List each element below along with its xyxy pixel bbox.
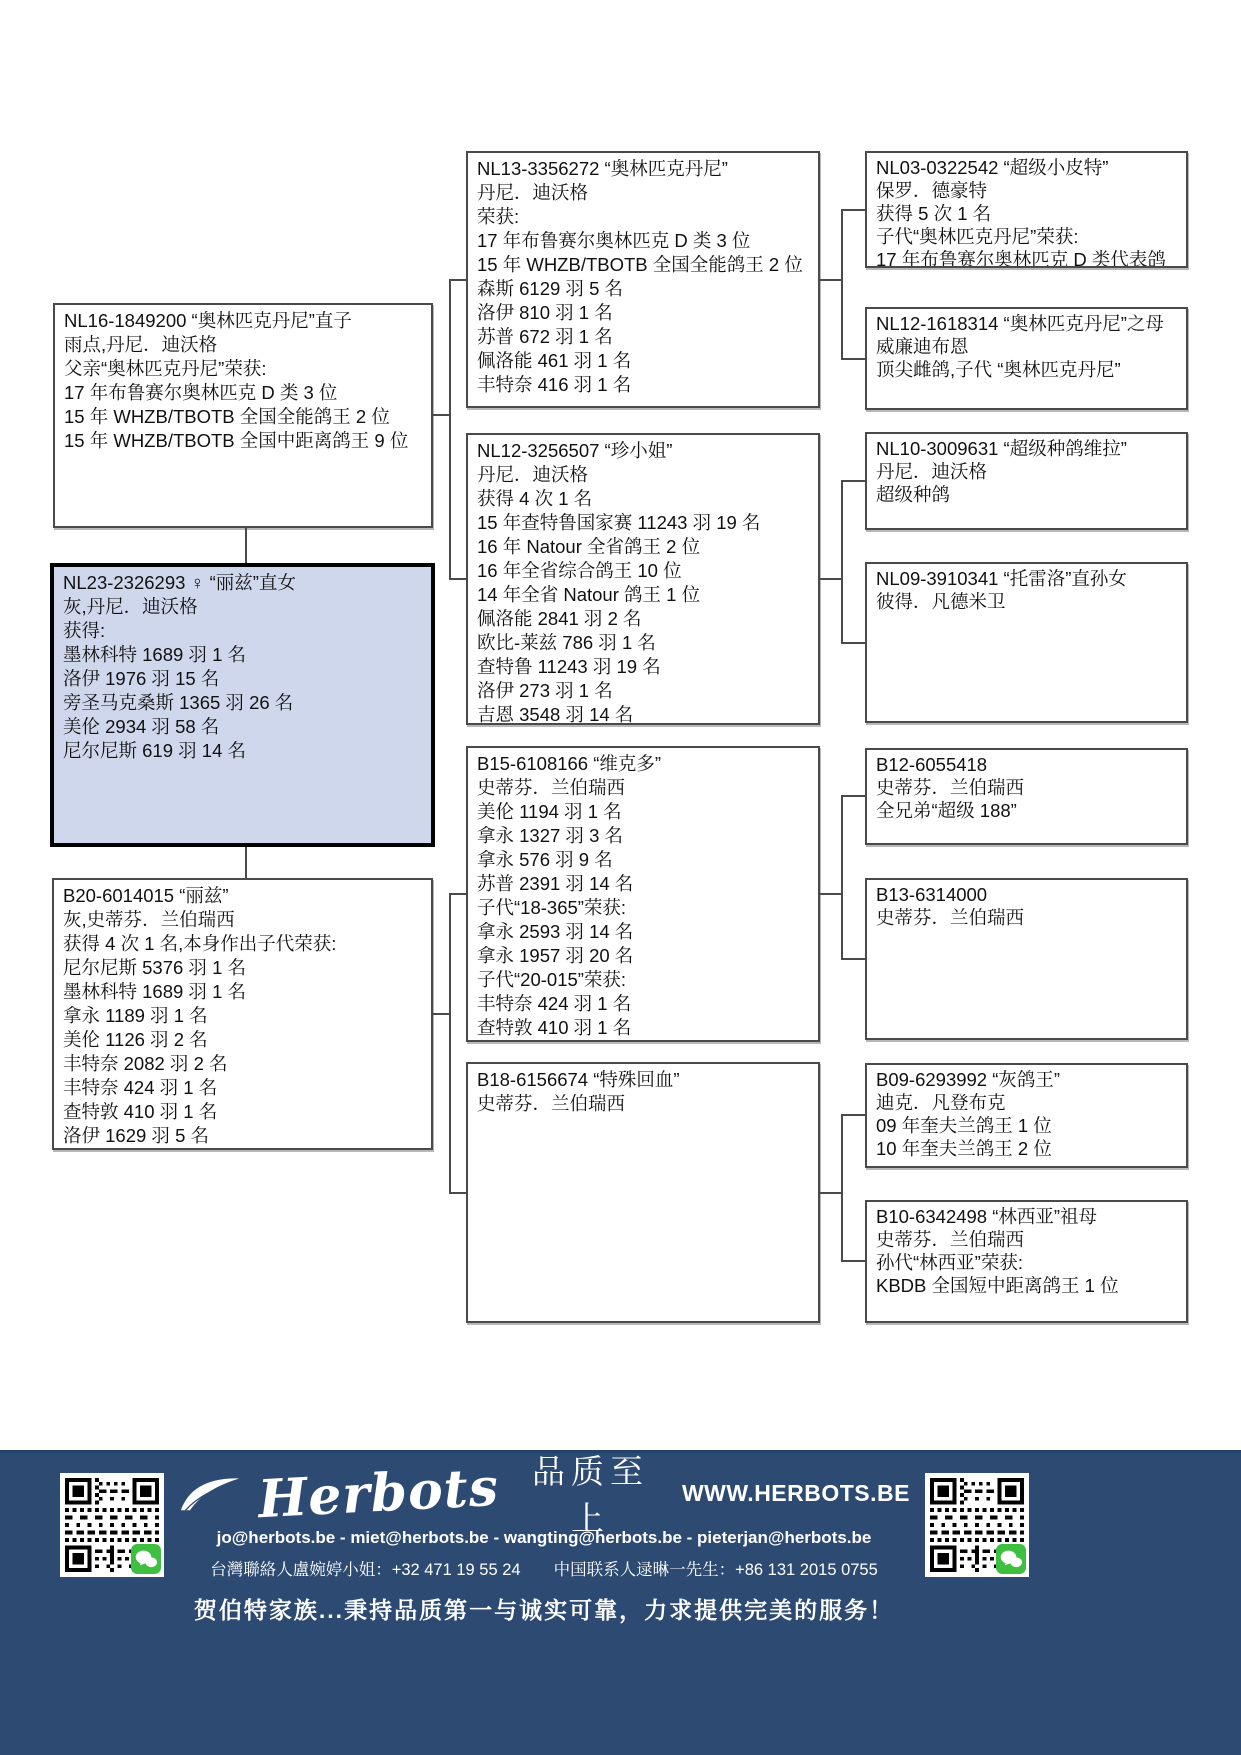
pedigree-line: 美伦 1194 羽 1 名 — [477, 800, 809, 824]
pedigree-line: B13-6314000 — [876, 883, 1177, 906]
pedigree-line: NL13-3356272 “奥林匹克丹尼” — [477, 157, 809, 181]
pedigree-line: 丹尼．迪沃格 — [876, 460, 1177, 483]
pedigree-line: 洛伊 273 羽 1 名 — [477, 679, 809, 703]
connector-line — [449, 893, 466, 895]
contact-phones: 台灣聯絡人盧婉婷小姐：+32 471 19 55 24 中国联系人逯晽一先生：+… — [178, 1556, 910, 1580]
pedigree-line: NL16-1849200 “奥林匹克丹尼”直子 — [64, 309, 422, 333]
connector-line — [841, 1114, 865, 1116]
email-links[interactable]: jo@herbots.be - miet@herbots.be - wangti… — [178, 1528, 910, 1548]
pedigree-box-nl12-3256507: NL12-3256507 “珍小姐”丹尼．迪沃格获得 4 次 1 名15 年查特… — [466, 433, 820, 725]
pedigree-line: 墨林科特 1689 羽 1 名 — [63, 643, 422, 667]
pedigree-line: 灰,丹尼．迪沃格 — [63, 595, 422, 619]
connector-line — [841, 209, 843, 360]
pedigree-line: 父亲“奥林匹克丹尼”荣获: — [64, 357, 422, 381]
qr-code-right-icon — [925, 1473, 1029, 1577]
pedigree-box-nl13: NL13-3356272 “奥林匹克丹尼”丹尼．迪沃格荣获:17 年布鲁赛尔奥林… — [466, 151, 820, 408]
pedigree-line: 子代“奥林匹克丹尼”荣获: — [876, 225, 1177, 248]
pedigree-line: 15 年 WHZB/TBOTB 全国中距离鸽王 9 位 — [64, 429, 422, 453]
pedigree-line: 15 年 WHZB/TBOTB 全国全能鸽王 2 位 — [64, 405, 422, 429]
pedigree-line: B20-6014015 “丽兹” — [63, 884, 422, 908]
pedigree-line: 佩洛能 461 羽 1 名 — [477, 349, 809, 373]
pedigree-line: 17 年布鲁赛尔奥林匹克 D 类 3 位 — [64, 381, 422, 405]
pedigree-line: 彼得．凡德米卫 — [876, 590, 1177, 613]
pedigree-line: 查特鲁 11243 羽 19 名 — [477, 655, 809, 679]
pedigree-line: 17 年布鲁赛尔奥林匹克 D 类代表鸽 — [876, 248, 1177, 268]
pedigree-box-b10: B10-6342498 “林西亚”祖母史蒂芬．兰伯瑞西孙代“林西亚”荣获:KBD… — [865, 1200, 1188, 1323]
pedigree-box-nl12-1618314: NL12-1618314 “奥林匹克丹尼”之母威廉迪布恩顶尖雌鸽,子代 “奥林匹… — [865, 307, 1188, 410]
pedigree-line: 尼尔尼斯 619 羽 14 名 — [63, 739, 422, 763]
pedigree-box-nl03: NL03-0322542 “超级小皮特”保罗．德豪特获得 5 次 1 名子代“奥… — [865, 151, 1188, 268]
pedigree-line: 查特敦 410 羽 1 名 — [477, 1016, 809, 1040]
pedigree-line: KBDB 全国短中距离鸽王 1 位 — [876, 1274, 1177, 1297]
pedigree-page: NL16-1849200 “奥林匹克丹尼”直子雨点,丹尼．迪沃格父亲“奥林匹克丹… — [0, 0, 1241, 1755]
connector-line — [449, 1192, 466, 1194]
connector-line — [433, 1013, 450, 1015]
connector-line — [841, 1114, 843, 1262]
pedigree-line: 吉恩 3548 羽 14 名 — [477, 703, 809, 725]
pedigree-line: 查特敦 410 羽 1 名 — [63, 1100, 422, 1124]
connector-line — [245, 847, 247, 878]
pedigree-line: 丹尼．迪沃格 — [477, 463, 809, 487]
wechat-icon — [131, 1544, 161, 1574]
pedigree-line: 获得 5 次 1 名 — [876, 202, 1177, 225]
connector-line — [841, 209, 865, 211]
herbots-logo: Herbots — [257, 1456, 501, 1530]
connector-line — [841, 642, 865, 644]
pedigree-line: NL12-1618314 “奥林匹克丹尼”之母 — [876, 312, 1177, 335]
connector-line — [841, 795, 865, 797]
pedigree-line: 荣获: — [477, 205, 809, 229]
pedigree-line: 获得: — [63, 619, 422, 643]
footer-slogan: 贺伯特家族...秉持品质第一与诚实可靠，力求提供完美的服务！ — [178, 1592, 910, 1625]
pedigree-line: 16 年 Natour 全省鸽王 2 位 — [477, 535, 809, 559]
connector-line — [245, 528, 247, 563]
pedigree-line: 14 年全省 Natour 鸽王 1 位 — [477, 583, 809, 607]
pedigree-line: 森斯 6129 羽 5 名 — [477, 277, 809, 301]
pedigree-box-nl09: NL09-3910341 “托雷洛”直孙女彼得．凡德米卫 — [865, 562, 1188, 723]
pedigree-line: 子代“18-365”荣获: — [477, 896, 809, 920]
connector-line — [841, 480, 865, 482]
pedigree-line: 16 年全省综合鸽王 10 位 — [477, 559, 809, 583]
pedigree-line: 获得 4 次 1 名 — [477, 487, 809, 511]
connector-line — [841, 958, 865, 960]
pedigree-line: 欧比-莱兹 786 羽 1 名 — [477, 631, 809, 655]
pedigree-line: 拿永 2593 羽 14 名 — [477, 920, 809, 944]
pedigree-line: 苏普 2391 羽 14 名 — [477, 872, 809, 896]
pedigree-line: 全兄弟“超级 188” — [876, 799, 1177, 822]
feather-icon — [178, 1473, 242, 1513]
pedigree-line: 尼尔尼斯 5376 羽 1 名 — [63, 956, 422, 980]
pedigree-line: 丰特奈 424 羽 1 名 — [477, 992, 809, 1016]
pedigree-line: B15-6108166 “维克多” — [477, 752, 809, 776]
pedigree-line: 灰,史蒂芬．兰伯瑞西 — [63, 908, 422, 932]
connector-line — [449, 893, 451, 1194]
footer: Herbots 品质至上 WWW.HERBOTS.BE jo@herbots.b… — [0, 1450, 1241, 1755]
pedigree-line: 17 年布鲁赛尔奥林匹克 D 类 3 位 — [477, 229, 809, 253]
pedigree-line: 保罗．德豪特 — [876, 179, 1177, 202]
pedigree-line: 史蒂芬．兰伯瑞西 — [876, 776, 1177, 799]
connector-line — [841, 795, 843, 960]
pedigree-line: 09 年奎夫兰鸽王 1 位 — [876, 1114, 1177, 1137]
pedigree-box-b15: B15-6108166 “维克多”史蒂芬．兰伯瑞西美伦 1194 羽 1 名拿永… — [466, 746, 820, 1042]
pedigree-line: 拿永 576 羽 9 名 — [477, 848, 809, 872]
pedigree-line: 子代“20-015”荣获: — [477, 968, 809, 992]
pedigree-line: 洛伊 1629 羽 5 名 — [63, 1124, 422, 1148]
connector-line — [820, 279, 843, 281]
pedigree-line: NL23-2326293 ♀ “丽兹”直女 — [63, 571, 422, 595]
connector-line — [841, 1260, 865, 1262]
pedigree-line: NL03-0322542 “超级小皮特” — [876, 156, 1177, 179]
pedigree-line: B10-6342498 “林西亚”祖母 — [876, 1205, 1177, 1228]
pedigree-line: 苏普 672 羽 1 名 — [477, 325, 809, 349]
pedigree-line: 美伦 1126 羽 2 名 — [63, 1028, 422, 1052]
pedigree-line: 孙代“林西亚”荣获: — [876, 1251, 1177, 1274]
connector-line — [449, 279, 451, 580]
connector-line — [449, 578, 466, 580]
pedigree-line: 史蒂芬．兰伯瑞西 — [477, 1092, 809, 1116]
brand-row: Herbots 品质至上 WWW.HERBOTS.BE — [178, 1461, 910, 1525]
connector-line — [433, 414, 450, 416]
pedigree-line: B18-6156674 “特殊回血” — [477, 1068, 809, 1092]
pedigree-line: 丰特奈 416 羽 1 名 — [477, 373, 809, 397]
pedigree-box-b13: B13-6314000史蒂芬．兰伯瑞西 — [865, 878, 1188, 1040]
pedigree-line: NL10-3009631 “超级种鸽维拉” — [876, 437, 1177, 460]
pedigree-line: 墨林科特 1689 羽 1 名 — [63, 980, 422, 1004]
pedigree-box-b09: B09-6293992 “灰鸽王”迪克．凡登布克09 年奎夫兰鸽王 1 位10 … — [865, 1063, 1188, 1168]
pedigree-line: 威廉迪布恩 — [876, 335, 1177, 358]
pedigree-line: 迪克．凡登布克 — [876, 1091, 1177, 1114]
brand-chinese-motto: 品质至上 — [515, 1446, 666, 1540]
pedigree-line: 拿永 1189 羽 1 名 — [63, 1004, 422, 1028]
website-link[interactable]: WWW.HERBOTS.BE — [682, 1480, 910, 1507]
pedigree-line: 丹尼．迪沃格 — [477, 181, 809, 205]
pedigree-line: NL12-3256507 “珍小姐” — [477, 439, 809, 463]
footer-center: Herbots 品质至上 WWW.HERBOTS.BE jo@herbots.b… — [178, 1461, 910, 1625]
pedigree-line: 15 年查特鲁国家赛 11243 羽 19 名 — [477, 511, 809, 535]
pedigree-line: 顶尖雌鸽,子代 “奥林匹克丹尼” — [876, 358, 1177, 381]
pedigree-line: 丰特奈 2082 羽 2 名 — [63, 1052, 422, 1076]
connector-line — [820, 1192, 843, 1194]
pedigree-line: 洛伊 1976 羽 15 名 — [63, 667, 422, 691]
pedigree-line: B12-6055418 — [876, 753, 1177, 776]
pedigree-box-b18: B18-6156674 “特殊回血”史蒂芬．兰伯瑞西 — [466, 1062, 820, 1323]
pedigree-line: 佩洛能 2841 羽 2 名 — [477, 607, 809, 631]
connector-line — [449, 279, 466, 281]
pedigree-line: 史蒂芬．兰伯瑞西 — [876, 1228, 1177, 1251]
pedigree-box-nl16: NL16-1849200 “奥林匹克丹尼”直子雨点,丹尼．迪沃格父亲“奥林匹克丹… — [53, 303, 433, 528]
connector-line — [820, 893, 843, 895]
pedigree-box-b20: B20-6014015 “丽兹”灰,史蒂芬．兰伯瑞西获得 4 次 1 名,本身作… — [52, 878, 433, 1150]
pedigree-line: 拿永 1327 羽 3 名 — [477, 824, 809, 848]
pedigree-line: 旁圣马克桑斯 1365 羽 26 名 — [63, 691, 422, 715]
pedigree-line: 丰特奈 424 羽 1 名 — [63, 1076, 422, 1100]
pedigree-box-nl10: NL10-3009631 “超级种鸽维拉”丹尼．迪沃格超级种鸽 — [865, 432, 1188, 530]
pedigree-line: 10 年奎夫兰鸽王 2 位 — [876, 1137, 1177, 1160]
pedigree-line: 洛伊 810 羽 1 名 — [477, 301, 809, 325]
pedigree-line: 拿永 1957 羽 20 名 — [477, 944, 809, 968]
pedigree-line: 雨点,丹尼．迪沃格 — [64, 333, 422, 357]
pedigree-line: 获得 4 次 1 名,本身作出子代荣获: — [63, 932, 422, 956]
pedigree-line: NL09-3910341 “托雷洛”直孙女 — [876, 567, 1177, 590]
pedigree-line: B09-6293992 “灰鸽王” — [876, 1068, 1177, 1091]
pedigree-box-nl23-subject: NL23-2326293 ♀ “丽兹”直女灰,丹尼．迪沃格获得:墨林科特 168… — [50, 563, 435, 847]
pedigree-line: 15 年 WHZB/TBOTB 全国全能鸽王 2 位 — [477, 253, 809, 277]
connector-line — [841, 480, 843, 644]
pedigree-box-b12: B12-6055418史蒂芬．兰伯瑞西全兄弟“超级 188” — [865, 748, 1188, 845]
pedigree-line: 史蒂芬．兰伯瑞西 — [876, 906, 1177, 929]
pedigree-line: 史蒂芬．兰伯瑞西 — [477, 776, 809, 800]
pedigree-line: 超级种鸽 — [876, 483, 1177, 506]
connector-line — [841, 358, 865, 360]
qr-code-left-icon — [60, 1473, 164, 1577]
wechat-icon — [996, 1544, 1026, 1574]
connector-line — [820, 578, 843, 580]
pedigree-line: 美伦 2934 羽 58 名 — [63, 715, 422, 739]
